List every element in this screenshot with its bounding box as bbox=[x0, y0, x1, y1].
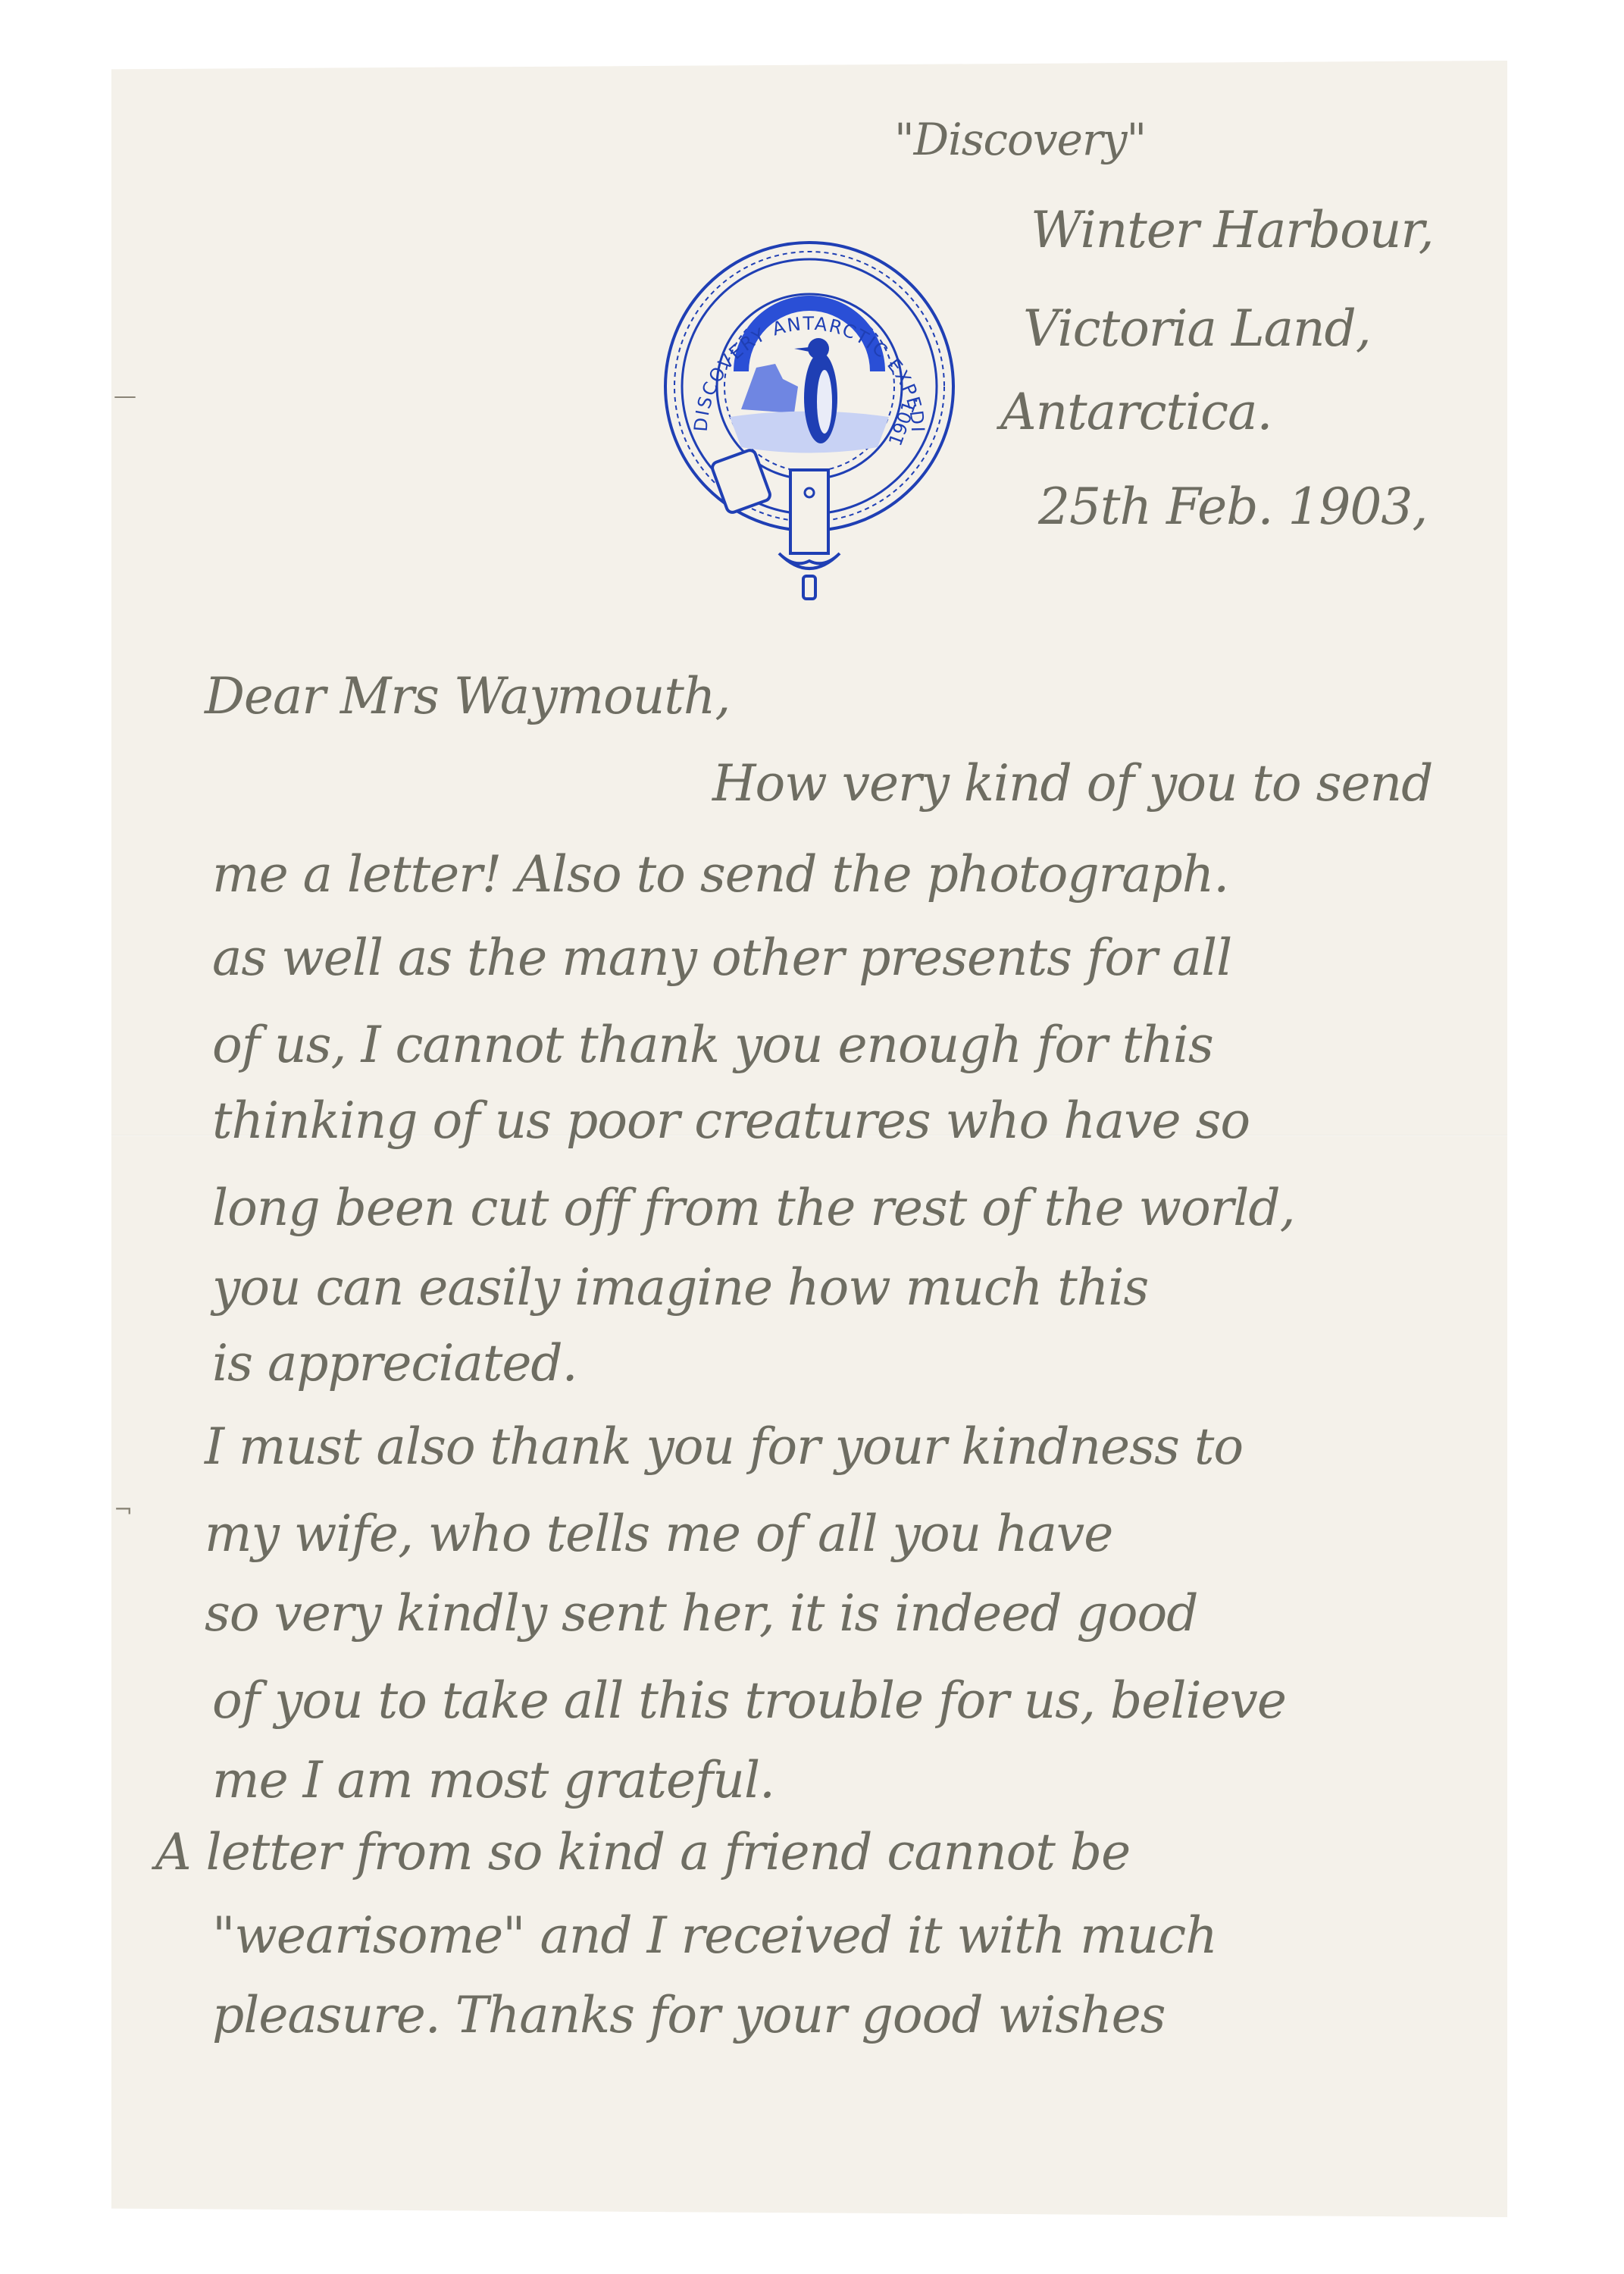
margin-mark: ¬ bbox=[114, 1497, 133, 1524]
salutation: Dear Mrs Waymouth, bbox=[205, 667, 730, 725]
letter-date: 25th Feb. 1903, bbox=[1038, 478, 1427, 536]
body-line: my wife, who tells me of all you have bbox=[205, 1505, 1112, 1563]
body-line: long been cut off from the rest of the w… bbox=[212, 1179, 1295, 1237]
address-line-harbour: Winter Harbour, bbox=[1031, 201, 1434, 259]
body-line: as well as the many other presents for a… bbox=[212, 929, 1231, 987]
body-line: pleasure. Thanks for your good wishes bbox=[212, 1986, 1166, 2044]
body-line: me I am most grateful. bbox=[212, 1751, 774, 1809]
expedition-crest-icon: DISCOVERY ANTARCTIC EXPEDITION 1901. bbox=[650, 227, 968, 606]
body-line: you can easily imagine how much this bbox=[212, 1258, 1148, 1317]
body-line: so very kindly sent her, it is indeed go… bbox=[205, 1584, 1197, 1643]
body-line: thinking of us poor creatures who have s… bbox=[212, 1092, 1250, 1150]
body-line: A letter from so kind a friend cannot be bbox=[155, 1823, 1130, 1881]
body-line: I must also thank you for your kindness … bbox=[205, 1417, 1243, 1476]
margin-mark: — bbox=[114, 383, 136, 409]
address-line-region: Victoria Land, bbox=[1023, 299, 1371, 358]
body-line: of you to take all this trouble for us, … bbox=[212, 1671, 1286, 1730]
body-line: "wearisome" and I received it with much bbox=[212, 1906, 1217, 1965]
body-line: is appreciated. bbox=[212, 1334, 577, 1392]
address-line-continent: Antarctica. bbox=[1000, 383, 1272, 441]
address-ship-name: "Discovery" bbox=[894, 114, 1146, 165]
body-line: me a letter! Also to send the photograph… bbox=[212, 845, 1228, 904]
body-line: How very kind of you to send bbox=[712, 754, 1432, 813]
body-line: of us, I cannot thank you enough for thi… bbox=[212, 1016, 1213, 1074]
